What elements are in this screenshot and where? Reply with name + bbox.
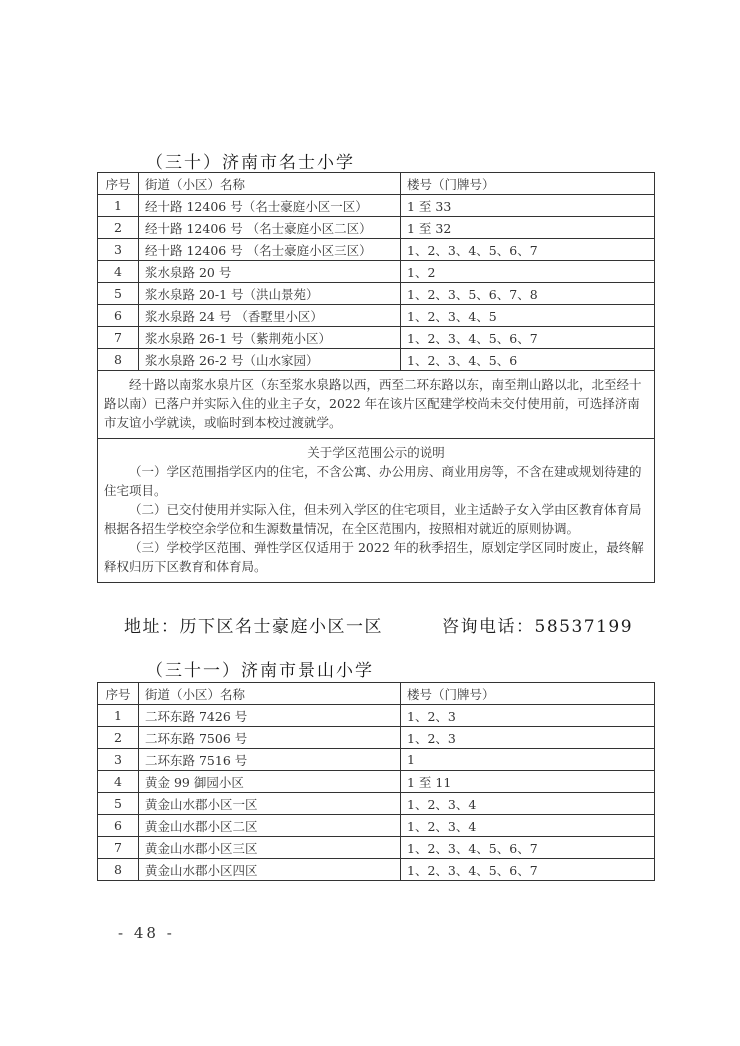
special-note-text: 经十路以南浆水泉片区（东至浆水泉路以西，西至二环东路以东，南至荆山路以北，北至经… (104, 375, 648, 432)
table-row: 1经十路 12406 号（名士豪庭小区一区）1 至 33 (98, 195, 655, 217)
table-row: 6黄金山水郡小区二区1、2、3、4 (98, 815, 655, 837)
cell-street: 黄金山水郡小区三区 (139, 837, 401, 859)
cell-buildings: 1 至 32 (401, 217, 655, 239)
cell-seq: 5 (98, 793, 139, 815)
cell-street: 二环东路 7506 号 (139, 727, 401, 749)
table-row: 5黄金山水郡小区一区1、2、3、4 (98, 793, 655, 815)
table-row: 8浆水泉路 26-2 号（山水家园）1、2、3、4、5、6 (98, 349, 655, 371)
table-row: 7浆水泉路 26-1 号（紫荆苑小区）1、2、3、4、5、6、7 (98, 327, 655, 349)
cell-seq: 7 (98, 327, 139, 349)
cell-seq: 4 (98, 261, 139, 283)
table-row: 2经十路 12406 号 （名士豪庭小区二区）1 至 32 (98, 217, 655, 239)
district-table-jingshan: 序号 街道（小区）名称 楼号（门牌号） 1二环东路 7426 号1、2、3 2二… (97, 682, 655, 881)
table-row: 5浆水泉路 20-1 号（洪山景苑）1、2、3、5、6、7、8 (98, 283, 655, 305)
cell-seq: 4 (98, 771, 139, 793)
header-street: 街道（小区）名称 (139, 683, 401, 705)
cell-seq: 3 (98, 749, 139, 771)
table-row: 6浆水泉路 24 号 （香墅里小区）1、2、3、4、5 (98, 305, 655, 327)
cell-street: 黄金 99 御园小区 (139, 771, 401, 793)
cell-street: 经十路 12406 号（名士豪庭小区一区） (139, 195, 401, 217)
table-row: 1二环东路 7426 号1、2、3 (98, 705, 655, 727)
cell-street: 浆水泉路 24 号 （香墅里小区） (139, 305, 401, 327)
section-title-jingshan: （三十一）济南市景山小学 (146, 656, 374, 681)
cell-seq: 8 (98, 349, 139, 371)
cell-street: 经十路 12406 号 （名士豪庭小区三区） (139, 239, 401, 261)
school-address: 地址：历下区名士豪庭小区一区 (124, 617, 383, 637)
cell-buildings: 1、2、3、5、6、7、8 (401, 283, 655, 305)
table-row: 4黄金 99 御园小区1 至 11 (98, 771, 655, 793)
district-table-mingshi: 序号 街道（小区）名称 楼号（门牌号） 1经十路 12406 号（名士豪庭小区一… (97, 172, 655, 583)
cell-street: 浆水泉路 20 号 (139, 261, 401, 283)
cell-buildings: 1 至 11 (401, 771, 655, 793)
cell-seq: 1 (98, 195, 139, 217)
contact-line: 地址：历下区名士豪庭小区一区 咨询电话：58537199 (124, 612, 383, 637)
table-header-row: 序号 街道（小区）名称 楼号（门牌号） (98, 173, 655, 195)
table-row: 4浆水泉路 20 号1、2 (98, 261, 655, 283)
cell-seq: 6 (98, 815, 139, 837)
cell-seq: 3 (98, 239, 139, 261)
cell-buildings: 1、2、3、4、5、6、7 (401, 327, 655, 349)
cell-buildings: 1、2、3 (401, 727, 655, 749)
explanation-item-3: （三）学校学区范围、弹性学区仅适用于 2022 年的秋季招生，原划定学区同时废止… (104, 538, 648, 576)
cell-seq: 2 (98, 727, 139, 749)
special-note-row: 经十路以南浆水泉片区（东至浆水泉路以西，西至二环东路以东，南至荆山路以北，北至经… (98, 371, 655, 439)
cell-buildings: 1、2、3、4、5、6、7 (401, 859, 655, 881)
header-buildings: 楼号（门牌号） (401, 173, 655, 195)
cell-street: 经十路 12406 号 （名士豪庭小区二区） (139, 217, 401, 239)
table-row: 2二环东路 7506 号1、2、3 (98, 727, 655, 749)
explanation-item-2: （二）已交付使用并实际入住，但未列入学区的住宅项目，业主适龄子女入学由区教育体育… (104, 500, 648, 538)
table-row: 3二环东路 7516 号1 (98, 749, 655, 771)
cell-seq: 8 (98, 859, 139, 881)
school-phone: 咨询电话：58537199 (442, 612, 633, 637)
cell-street: 黄金山水郡小区二区 (139, 815, 401, 837)
cell-street: 黄金山水郡小区一区 (139, 793, 401, 815)
table-header-row: 序号 街道（小区）名称 楼号（门牌号） (98, 683, 655, 705)
header-seq: 序号 (98, 173, 139, 195)
cell-buildings: 1、2、3、4、5 (401, 305, 655, 327)
explanation-row: 关于学区范围公示的说明 （一）学区范围指学区内的住宅，不含公寓、办公用房、商业用… (98, 439, 655, 583)
explanation-heading: 关于学区范围公示的说明 (104, 443, 648, 462)
header-buildings: 楼号（门牌号） (401, 683, 655, 705)
cell-street: 二环东路 7426 号 (139, 705, 401, 727)
cell-buildings: 1、2、3、4 (401, 815, 655, 837)
cell-buildings: 1、2、3、4、5、6、7 (401, 837, 655, 859)
cell-seq: 2 (98, 217, 139, 239)
cell-seq: 5 (98, 283, 139, 305)
cell-buildings: 1、2、3、4、5、6 (401, 349, 655, 371)
cell-seq: 1 (98, 705, 139, 727)
table-row: 8黄金山水郡小区四区1、2、3、4、5、6、7 (98, 859, 655, 881)
section-title-mingshi: （三十）济南市名士小学 (146, 148, 355, 173)
cell-street: 二环东路 7516 号 (139, 749, 401, 771)
cell-buildings: 1、2 (401, 261, 655, 283)
cell-street: 浆水泉路 20-1 号（洪山景苑） (139, 283, 401, 305)
header-street: 街道（小区）名称 (139, 173, 401, 195)
cell-street: 黄金山水郡小区四区 (139, 859, 401, 881)
cell-seq: 7 (98, 837, 139, 859)
cell-buildings: 1、2、3 (401, 705, 655, 727)
table-row: 7黄金山水郡小区三区1、2、3、4、5、6、7 (98, 837, 655, 859)
cell-buildings: 1 (401, 749, 655, 771)
page-number: - 48 - (118, 924, 175, 942)
cell-street: 浆水泉路 26-1 号（紫荆苑小区） (139, 327, 401, 349)
cell-buildings: 1、2、3、4、5、6、7 (401, 239, 655, 261)
cell-buildings: 1 至 33 (401, 195, 655, 217)
explanation-item-1: （一）学区范围指学区内的住宅，不含公寓、办公用房、商业用房等，不含在建或规划待建… (104, 462, 648, 500)
table-row: 3经十路 12406 号 （名士豪庭小区三区）1、2、3、4、5、6、7 (98, 239, 655, 261)
header-seq: 序号 (98, 683, 139, 705)
cell-seq: 6 (98, 305, 139, 327)
cell-buildings: 1、2、3、4 (401, 793, 655, 815)
cell-street: 浆水泉路 26-2 号（山水家园） (139, 349, 401, 371)
